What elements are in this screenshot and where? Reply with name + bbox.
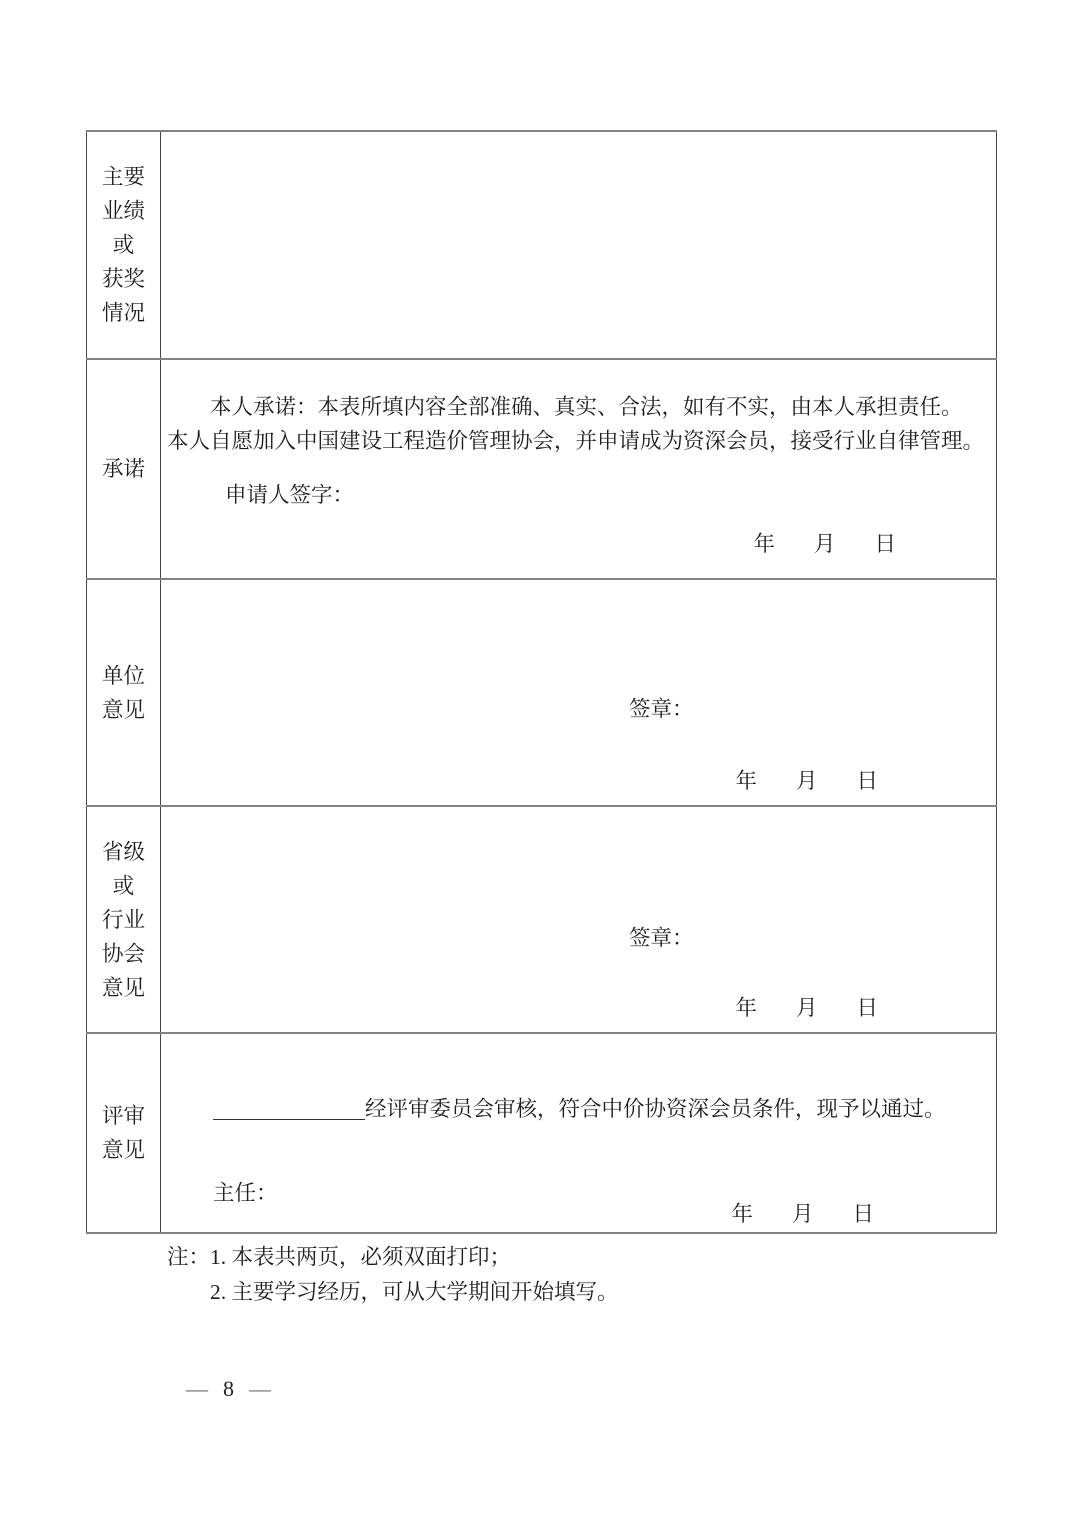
day-label: 日 bbox=[856, 764, 878, 795]
month-label: 月 bbox=[796, 991, 818, 1022]
footer-dash-right: — bbox=[249, 1376, 271, 1402]
unit-opinion-content-cell: 签章： 年 月 日 bbox=[161, 579, 997, 806]
year-label: 年 bbox=[735, 764, 757, 795]
day-label: 日 bbox=[874, 527, 896, 558]
review-date-line: 年 月 日 bbox=[731, 1197, 874, 1228]
promise-paragraph: 本人承诺：本表所填内容全部准确、真实、合法，如有不实，由本人承担责任。 本人自愿… bbox=[167, 390, 993, 458]
form-notes: 注：1. 本表共两页，必须双面打印； 2. 主要学习经历，可从大学期间开始填写。 bbox=[167, 1240, 619, 1310]
page-number: 8 bbox=[223, 1376, 234, 1402]
day-label: 日 bbox=[856, 991, 878, 1022]
promise-content-cell: 本人承诺：本表所填内容全部准确、真实、合法，如有不实，由本人承担责任。 本人自愿… bbox=[161, 359, 997, 579]
membership-application-form-table: 主要 业绩 或 获奖 情况 承诺 本人承诺：本表所填内容全部准确、真实、合法，如… bbox=[86, 130, 997, 1234]
applicant-signature-label: 申请人签字： bbox=[225, 478, 354, 509]
row-label-association-opinion: 省级 或 行业 协会 意见 bbox=[87, 806, 161, 1033]
achievements-blank-area bbox=[161, 131, 997, 359]
table-row-achievements: 主要 业绩 或 获奖 情况 bbox=[87, 131, 997, 359]
promise-statement-line1: 本人承诺：本表所填内容全部准确、真实、合法，如有不实，由本人承担责任。 bbox=[167, 390, 993, 424]
row-label-review-opinion: 评审 意见 bbox=[87, 1033, 161, 1233]
month-label: 月 bbox=[814, 527, 836, 558]
review-blank-line bbox=[213, 1094, 365, 1120]
row-label-promise: 承诺 bbox=[87, 359, 161, 579]
promise-date-line: 年 月 日 bbox=[753, 527, 896, 558]
note-line-1: 注：1. 本表共两页，必须双面打印； bbox=[167, 1240, 619, 1275]
year-label: 年 bbox=[731, 1197, 753, 1228]
row-label-unit-opinion: 单位 意见 bbox=[87, 579, 161, 806]
year-label: 年 bbox=[735, 991, 757, 1022]
unit-date-line: 年 月 日 bbox=[735, 764, 878, 795]
row-label-achievements: 主要 业绩 或 获奖 情况 bbox=[87, 131, 161, 359]
review-statement-line: 经评审委员会审核，符合中价协资深会员条件，现予以通过。 bbox=[213, 1092, 946, 1123]
day-label: 日 bbox=[852, 1197, 874, 1228]
year-label: 年 bbox=[753, 527, 775, 558]
page-number-footer: — 8 — bbox=[186, 1376, 271, 1402]
review-statement-text: 经评审委员会审核，符合中价协资深会员条件，现予以通过。 bbox=[365, 1097, 946, 1121]
association-date-line: 年 月 日 bbox=[735, 991, 878, 1022]
footer-dash-left: — bbox=[186, 1376, 208, 1402]
unit-seal-label: 签章： bbox=[629, 692, 694, 723]
promise-statement-line2: 本人自愿加入中国建设工程造价管理协会，并申请成为资深会员，接受行业自律管理。 bbox=[167, 424, 993, 458]
director-signature-label: 主任： bbox=[213, 1176, 278, 1207]
month-label: 月 bbox=[792, 1197, 814, 1228]
note-line-2: 2. 主要学习经历，可从大学期间开始填写。 bbox=[167, 1275, 619, 1310]
association-opinion-content-cell: 签章： 年 月 日 bbox=[161, 806, 997, 1033]
table-row-unit-opinion: 单位 意见 签章： 年 月 日 bbox=[87, 579, 997, 806]
table-row-promise: 承诺 本人承诺：本表所填内容全部准确、真实、合法，如有不实，由本人承担责任。 本… bbox=[87, 359, 997, 579]
table-row-association-opinion: 省级 或 行业 协会 意见 签章： 年 月 日 bbox=[87, 806, 997, 1033]
association-seal-label: 签章： bbox=[629, 921, 694, 952]
month-label: 月 bbox=[796, 764, 818, 795]
review-opinion-content-cell: 经评审委员会审核，符合中价协资深会员条件，现予以通过。 主任： 年 月 日 bbox=[161, 1033, 997, 1233]
table-row-review-opinion: 评审 意见 经评审委员会审核，符合中价协资深会员条件，现予以通过。 主任： 年 … bbox=[87, 1033, 997, 1233]
